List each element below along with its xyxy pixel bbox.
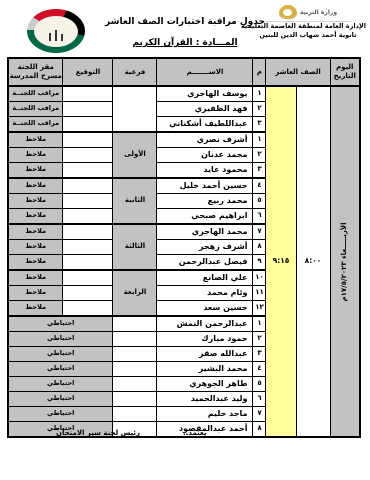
end-time-cell: ٩:١٥ <box>266 86 296 437</box>
role-cell-monitor: مراقب اللجنــة <box>8 117 63 133</box>
kuwait-towers-icon <box>47 30 65 41</box>
subject-line: المـــادة : القرآن الكريم <box>104 38 266 48</box>
name-cell: عبداللطيف أشكناني <box>157 117 253 133</box>
row-number-cell: ٤ <box>253 362 266 377</box>
name-cell: محمد الهاجري <box>157 224 253 240</box>
role-cell-reserve: احتياطي <box>8 377 113 392</box>
branch-empty-cell <box>113 86 157 132</box>
branch-cell: الثانية <box>113 178 157 224</box>
row-number-cell: ١ <box>253 132 266 148</box>
branch-empty-cell <box>113 362 157 377</box>
signature-cell <box>63 240 113 255</box>
ministry-header: وزارة التربية الإدارة العامة لمنطقة العا… <box>250 5 366 41</box>
exam-monitoring-table: اليوم التاريخ الصف العاشر م الاســـــــم… <box>7 57 361 438</box>
name-cell: عبدالرحمن النمش <box>157 316 253 332</box>
name-cell: عبدالله صقر <box>157 347 253 362</box>
name-cell: حسين سعد <box>157 301 253 317</box>
start-time-cell: ٨:٠٠ <box>296 86 330 437</box>
document-title-block: جدول مراقبة اختبارات الصف العاشر المـــا… <box>104 17 266 48</box>
role-cell-observer: ملاحظ <box>8 301 63 317</box>
row-number-cell: ٨ <box>253 422 266 438</box>
signature-cell <box>63 102 113 117</box>
name-cell: محمد ربيع <box>157 194 253 209</box>
branch-cell: الثالثة <box>113 224 157 270</box>
table-row: الأربـــــعاء ١٧/٥/٢٠٢٣م٨:٠٠٩:١٥١يوسف ال… <box>8 86 360 102</box>
name-cell: يوسف الهاجري <box>157 86 253 102</box>
signature-cell <box>63 255 113 271</box>
row-number-cell: ٢ <box>253 102 266 117</box>
row-number-cell: ٥ <box>253 194 266 209</box>
role-cell-observer: ملاحظ <box>8 224 63 240</box>
school-theater-label: مسرح المدرسة <box>10 72 62 80</box>
role-cell-reserve: احتياطي <box>8 362 113 377</box>
day-date-rotated-text: الأربـــــعاء ١٧/٥/٢٠٢٣م <box>341 222 349 301</box>
name-cell: محمد البشير <box>157 362 253 377</box>
role-cell-reserve: احتياطي <box>8 332 113 347</box>
name-cell: وليد عبدالحميد <box>157 392 253 407</box>
signature-cell <box>63 132 113 148</box>
col-header-grade: الصف العاشر <box>266 58 330 86</box>
role-cell-observer: ملاحظ <box>8 178 63 194</box>
role-cell-observer: ملاحظ <box>8 163 63 179</box>
signature-cell <box>63 286 113 301</box>
col-header-day-date: اليوم التاريخ <box>330 58 360 86</box>
signature-cell <box>63 194 113 209</box>
row-number-cell: ١٢ <box>253 301 266 317</box>
signature-cell <box>63 270 113 286</box>
row-number-cell: ٧ <box>253 224 266 240</box>
role-cell-monitor: مراقب اللجنــة <box>8 102 63 117</box>
role-cell-observer: ملاحظ <box>8 240 63 255</box>
row-number-cell: ١١ <box>253 286 266 301</box>
directorate-name: الإدارة العامة لمنطقة العاصمة التعليمية <box>250 22 366 31</box>
col-header-branch: فرعية <box>113 58 157 86</box>
role-cell-observer: ملاحظ <box>8 286 63 301</box>
name-cell: ابراهيم صبحي <box>157 209 253 225</box>
col-header-num: م <box>253 58 266 86</box>
col-header-name: الاســـــــم <box>157 58 253 86</box>
signature-cell <box>63 224 113 240</box>
branch-cell: الأولى <box>113 132 157 178</box>
signature-cell <box>63 301 113 317</box>
name-cell: محمد عدنان <box>157 148 253 163</box>
row-number-cell: ٥ <box>253 377 266 392</box>
col-header-committee: مقر اللجنة مسرح المدرسة <box>8 58 63 86</box>
row-number-cell: ٦ <box>253 209 266 225</box>
name-cell: حمود مبارك <box>157 332 253 347</box>
branch-empty-cell <box>113 407 157 422</box>
row-number-cell: ١ <box>253 316 266 332</box>
name-cell: أشرف زهجر <box>157 240 253 255</box>
exam-table-body: الأربـــــعاء ١٧/٥/٢٠٢٣م٨:٠٠٩:١٥١يوسف ال… <box>8 86 360 437</box>
ministry-emblem-icon <box>279 5 297 19</box>
committee-hq-label: مقر اللجنة <box>18 63 54 71</box>
row-number-cell: ٨ <box>253 240 266 255</box>
name-cell: طاهر الجوهري <box>157 377 253 392</box>
name-cell: فيصل عبدالرحمن <box>157 255 253 271</box>
role-cell-observer: ملاحظ <box>8 255 63 271</box>
role-cell-reserve: احتياطي <box>8 316 113 332</box>
name-cell: علي الصانع <box>157 270 253 286</box>
row-number-cell: ١٠ <box>253 270 266 286</box>
day-label: اليوم <box>336 63 353 71</box>
role-cell-monitor: مراقب اللجنــة <box>8 86 63 102</box>
ministry-logo-label: وزارة التربية <box>300 9 337 16</box>
signature-cell <box>63 163 113 179</box>
name-cell: محمود عايد <box>157 163 253 179</box>
row-number-cell: ٣ <box>253 347 266 362</box>
branch-cell: الرابعة <box>113 270 157 316</box>
branch-empty-cell <box>113 332 157 347</box>
document-title: جدول مراقبة اختبارات الصف العاشر <box>104 17 266 27</box>
name-cell: حسين أحمد خليل <box>157 178 253 194</box>
branch-empty-cell <box>113 377 157 392</box>
name-cell: وئام محمد <box>157 286 253 301</box>
name-cell: فهد الظفيري <box>157 102 253 117</box>
row-number-cell: ٣ <box>253 117 266 133</box>
branch-empty-cell <box>113 347 157 362</box>
signature-cell <box>63 209 113 225</box>
row-number-cell: ٣ <box>253 163 266 179</box>
role-cell-observer: ملاحظ <box>8 132 63 148</box>
day-date-cell: الأربـــــعاء ١٧/٥/٢٠٢٣م <box>330 86 360 437</box>
row-number-cell: ٩ <box>253 255 266 271</box>
row-number-cell: ٢ <box>253 148 266 163</box>
name-cell: أشرف نصري <box>157 132 253 148</box>
signature-cell <box>63 148 113 163</box>
row-number-cell: ٢ <box>253 332 266 347</box>
school-logo <box>27 9 85 53</box>
role-cell-observer: ملاحظ <box>8 270 63 286</box>
row-number-cell: ١ <box>253 86 266 102</box>
signature-cell <box>63 117 113 133</box>
chairman-signature-line: رئيس لجنة سير الامتحان <box>56 429 140 437</box>
branch-empty-cell <box>113 316 157 332</box>
col-header-signature: التوقيع <box>63 58 113 86</box>
row-number-cell: ٧ <box>253 407 266 422</box>
branch-empty-cell <box>113 392 157 407</box>
role-cell-observer: ملاحظ <box>8 194 63 209</box>
ministry-logo: وزارة التربية <box>265 5 351 22</box>
school-name: ثانوية أحمد شهاب الدين للبنين <box>250 31 366 40</box>
table-header-row: اليوم التاريخ الصف العاشر م الاســـــــم… <box>8 58 360 86</box>
role-cell-observer: ملاحظ <box>8 209 63 225</box>
role-cell-reserve: احتياطي <box>8 407 113 422</box>
role-cell-observer: ملاحظ <box>8 148 63 163</box>
date-label: التاريخ <box>334 72 356 80</box>
signature-cell <box>63 86 113 102</box>
row-number-cell: ٤ <box>253 178 266 194</box>
role-cell-reserve: احتياطي <box>8 347 113 362</box>
school-logo-inner <box>34 16 78 47</box>
name-cell: ماجد حليم <box>157 407 253 422</box>
signature-cell <box>63 178 113 194</box>
approval-line: يعتمد.. <box>183 429 207 437</box>
row-number-cell: ٦ <box>253 392 266 407</box>
role-cell-reserve: احتياطي <box>8 392 113 407</box>
